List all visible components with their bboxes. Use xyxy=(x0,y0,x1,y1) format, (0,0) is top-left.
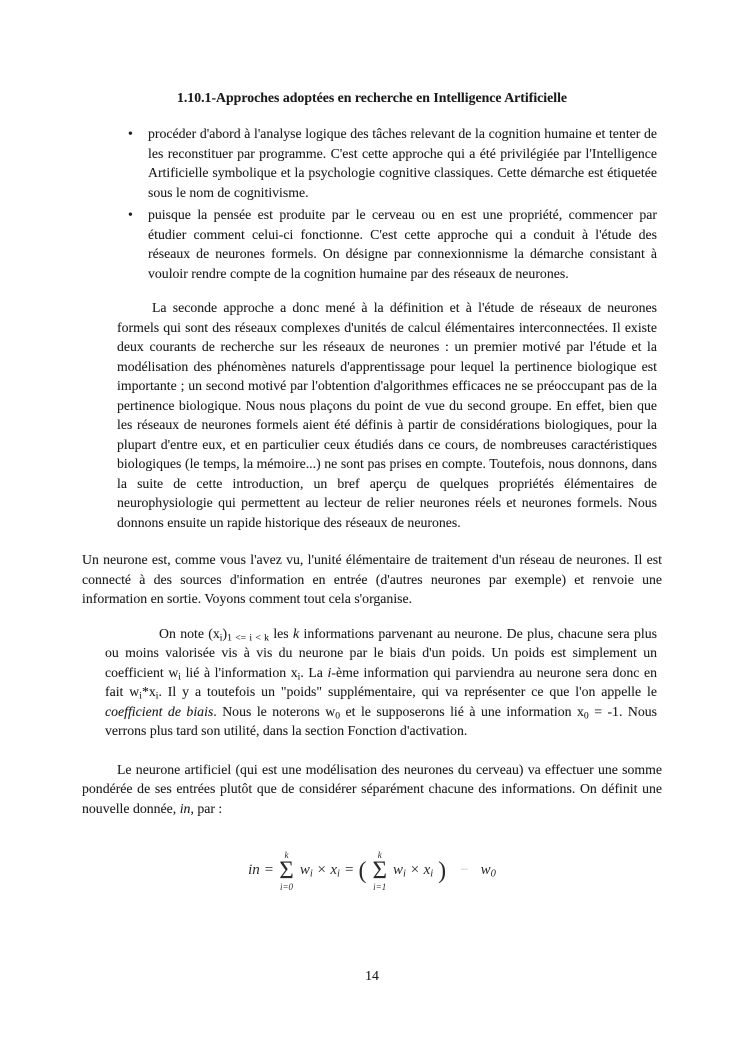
page-content: 1.10.1-Approches adoptées en recherche e… xyxy=(82,88,662,892)
close-paren: ) xyxy=(438,859,446,883)
formula-term-w0: w0 xyxy=(481,861,496,881)
formula-in-definition: in = k Σ i=0 wi × xi = ( k Σ i=1 wi × xi… xyxy=(82,850,662,892)
document-page: 1.10.1-Approches adoptées en recherche e… xyxy=(0,0,744,1053)
minus-sign: − xyxy=(460,861,468,881)
paragraph-weighted-sum: Le neurone artificiel (qui est une modél… xyxy=(82,760,662,819)
formula-variable-in: in xyxy=(248,861,260,881)
bullet-text: puisque la pensée est produite par le ce… xyxy=(148,207,657,281)
paragraph-neuron-definition: Un neurone est, comme vous l'avez vu, l'… xyxy=(82,550,662,609)
sum-lower-limit: i=1 xyxy=(373,882,386,892)
bullet-icon: • xyxy=(128,205,133,225)
paragraph-second-approach: La seconde approche a donc mené à la déf… xyxy=(117,298,657,532)
formula-term-wixi: wi × xi xyxy=(300,861,340,881)
bullet-icon: • xyxy=(128,124,133,144)
sigma-icon: Σ xyxy=(279,860,294,882)
bullet-item-connexionnisme: • puisque la pensée est produite par le … xyxy=(128,205,657,283)
page-number: 14 xyxy=(0,968,744,984)
equals-sign: = xyxy=(265,861,273,881)
bullet-text: procéder d'abord à l'analyse logique des… xyxy=(148,126,657,200)
formula-term-wixi: wi × xi xyxy=(393,861,433,881)
bullet-item-cognitivisme: • procéder d'abord à l'analyse logique d… xyxy=(128,124,657,202)
paragraph-notation: On note (xi)1 <= i < k les k information… xyxy=(105,624,657,741)
open-paren: ( xyxy=(358,859,366,883)
equals-sign: = xyxy=(345,861,353,881)
bullet-list: • procéder d'abord à l'analyse logique d… xyxy=(82,124,662,283)
summation-symbol: k Σ i=1 xyxy=(372,850,387,892)
sigma-icon: Σ xyxy=(372,860,387,882)
sum-lower-limit: i=0 xyxy=(280,882,293,892)
section-heading: 1.10.1-Approches adoptées en recherche e… xyxy=(82,88,662,108)
summation-symbol: k Σ i=0 xyxy=(279,850,294,892)
